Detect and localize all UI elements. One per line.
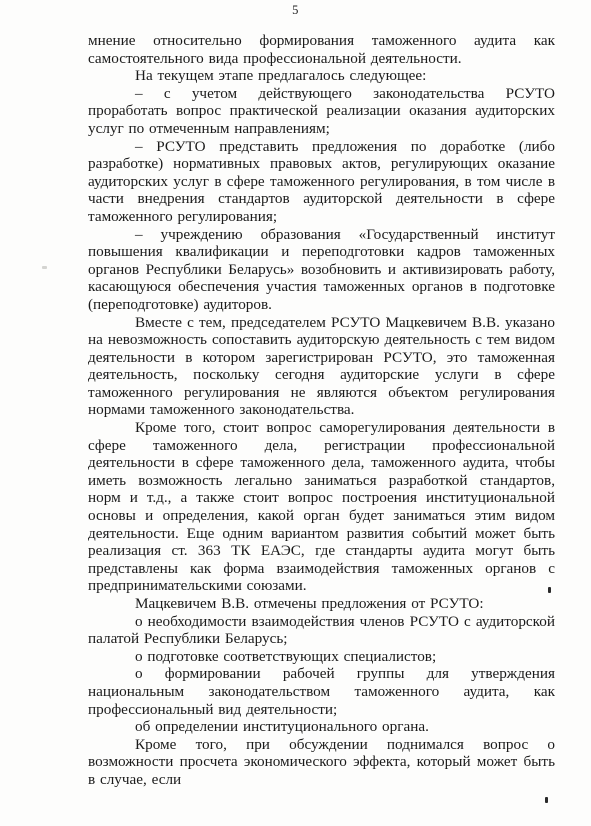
paragraph: Мацкевичем В.В. отмечены предложения от … <box>88 595 555 613</box>
paragraph: о подготовке соответствующих специалисто… <box>88 648 555 666</box>
scan-artifact <box>545 797 548 803</box>
page-number: 5 <box>0 3 591 18</box>
paragraph: мнение относительно формирования таможен… <box>88 32 555 67</box>
paragraph: – с учетом действующего законодательства… <box>88 85 555 138</box>
document-body: мнение относительно формирования таможен… <box>88 32 555 789</box>
document-page: 5 мнение относительно формирования тамож… <box>0 0 591 826</box>
paragraph: о формировании рабочей группы для утверж… <box>88 665 555 718</box>
scan-artifact <box>42 266 47 269</box>
paragraph: о необходимости взаимодействия членов РС… <box>88 613 555 648</box>
paragraph: Вместе с тем, председателем РСУТО Мацкев… <box>88 314 555 420</box>
paragraph: – РСУТО представить предложения по дораб… <box>88 138 555 226</box>
paragraph: – учреждению образования «Государственны… <box>88 226 555 314</box>
paragraph: Кроме того, при обсуждении поднимался во… <box>88 736 555 789</box>
paragraph: Кроме того, стоит вопрос саморегулирован… <box>88 419 555 595</box>
paragraph: На текущем этапе предлагалось следующее: <box>88 67 555 85</box>
paragraph: об определении институционального органа… <box>88 718 555 736</box>
scan-artifact <box>548 587 551 593</box>
